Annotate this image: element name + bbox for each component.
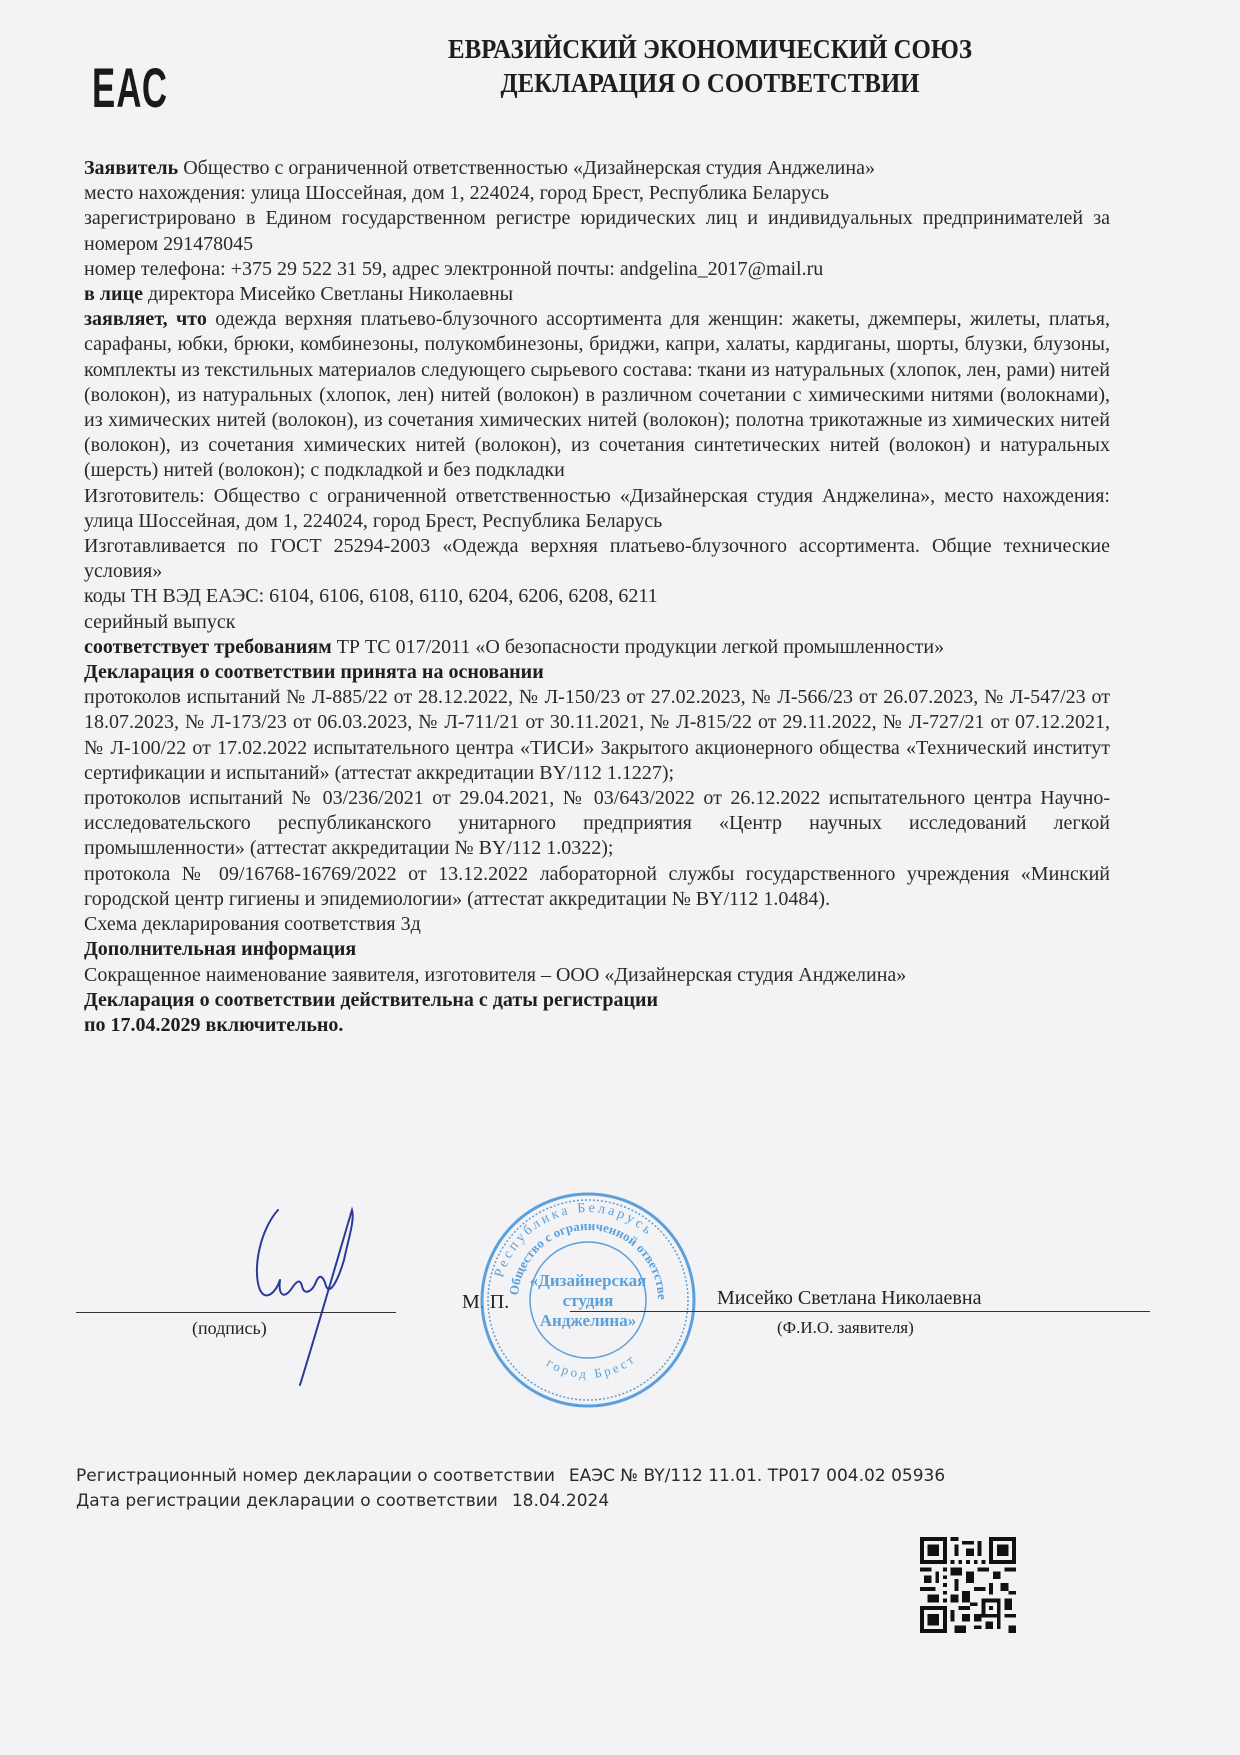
validity-line-2: по 17.04.2029 включительно. xyxy=(84,1013,1110,1038)
declaration-scheme: Схема декларирования соответствия 3д xyxy=(84,912,1110,937)
registration-number-value: ЕАЭС № BY/112 11.01. ТР017 004.02 05936 xyxy=(569,1466,945,1486)
additional-heading: Дополнительная информация xyxy=(84,937,1110,962)
basis-item: протоколов испытаний № 03/236/2021 от 29… xyxy=(84,786,1110,862)
validity-text-2: по 17.04.2029 включительно. xyxy=(84,1014,343,1036)
document-title: ДЕКЛАРАЦИЯ О СООТВЕТСТВИИ xyxy=(388,66,1032,100)
basis-item: протоколов испытаний № Л-885/22 от 28.12… xyxy=(84,685,1110,786)
registration-block: Регистрационный номер декларации о соотв… xyxy=(76,1464,945,1514)
validity-line-1: Декларация о соответствии действительна … xyxy=(84,988,1110,1013)
applicant-name: Общество с ограниченной ответственностью… xyxy=(178,157,875,179)
applicant-registration: зарегистрировано в Едином государственно… xyxy=(84,206,1110,256)
eac-logo: ЕАС xyxy=(92,60,168,116)
declaration-document: ЕАС ЕВРАЗИЙСКИЙ ЭКОНОМИЧЕСКИЙ СОЮЗ ДЕКЛА… xyxy=(0,0,1240,1755)
additional-info: Сокращенное наименование заявителя, изго… xyxy=(84,963,1110,988)
signature-label: (подпись) xyxy=(192,1318,267,1339)
basis-heading: Декларация о соответствии принята на осн… xyxy=(84,660,1110,685)
complies-line: соответствует требованиям ТР ТС 017/2011… xyxy=(84,635,1110,660)
represented-label: в лице xyxy=(84,283,143,305)
union-title: ЕВРАЗИЙСКИЙ ЭКОНОМИЧЕСКИЙ СОЮЗ xyxy=(388,32,1032,66)
svg-text:«Дизайнерская: «Дизайнерская xyxy=(530,1271,647,1290)
signature-line xyxy=(76,1312,396,1313)
product-description: заявляет, что одежда верхняя платьево-бл… xyxy=(84,307,1110,483)
applicant-line: Заявитель Общество с ограниченной ответс… xyxy=(84,156,1110,181)
applicant-label: Заявитель xyxy=(84,157,178,179)
product-text: одежда верхняя платьево-блузочного ассор… xyxy=(84,308,1110,481)
document-body: Заявитель Общество с ограниченной ответс… xyxy=(84,156,1110,1038)
basis-heading-text: Декларация о соответствии принята на осн… xyxy=(84,661,544,683)
svg-text:Анджелина»: Анджелина» xyxy=(540,1311,636,1330)
declares-label: заявляет, что xyxy=(84,308,207,330)
basis-item: протокола № 09/16768-16769/2022 от 13.12… xyxy=(84,862,1110,912)
represented-line: в лице директора Мисейко Светланы Никола… xyxy=(84,282,1110,307)
signer-name: Мисейко Светлана Николаевна xyxy=(717,1287,981,1310)
validity-text-1: Декларация о соответствии действительна … xyxy=(84,989,658,1011)
applicant-contacts: номер телефона: +375 29 522 31 59, адрес… xyxy=(84,257,1110,282)
registration-number-label: Регистрационный номер декларации о соотв… xyxy=(76,1466,555,1486)
document-header: ЕВРАЗИЙСКИЙ ЭКОНОМИЧЕСКИЙ СОЮЗ ДЕКЛАРАЦИ… xyxy=(360,32,1060,100)
registration-date-value: 18.04.2024 xyxy=(512,1491,609,1511)
svg-text:город Брест: город Брест xyxy=(544,1350,639,1381)
release-type: серийный выпуск xyxy=(84,610,1110,635)
signature-icon xyxy=(240,1200,360,1390)
customs-codes: коды ТН ВЭД ЕАЭС: 6104, 6106, 6108, 6110… xyxy=(84,584,1110,609)
complies-label: соответствует требованиям xyxy=(84,636,332,658)
manufacturer: Изготовитель: Общество с ограниченной от… xyxy=(84,484,1110,534)
svg-text:студия: студия xyxy=(563,1291,614,1310)
applicant-address: место нахождения: улица Шоссейная, дом 1… xyxy=(84,181,1110,206)
additional-heading-text: Дополнительная информация xyxy=(84,938,356,960)
registration-number-row: Регистрационный номер декларации о соотв… xyxy=(76,1464,945,1489)
standard: Изготавливается по ГОСТ 25294-2003 «Одеж… xyxy=(84,534,1110,584)
signer-name-line xyxy=(570,1311,1150,1312)
company-stamp-icon: Республика Беларусь Общество с ограничен… xyxy=(478,1190,698,1410)
represented-by: директора Мисейко Светланы Николаевны xyxy=(143,283,513,305)
registration-date-row: Дата регистрации декларации о соответств… xyxy=(76,1489,945,1514)
qr-code-icon xyxy=(920,1537,1016,1633)
registration-date-label: Дата регистрации декларации о соответств… xyxy=(76,1491,498,1511)
complies-text: ТР ТС 017/2011 «О безопасности продукции… xyxy=(332,636,944,658)
signer-label: (Ф.И.О. заявителя) xyxy=(777,1318,914,1338)
